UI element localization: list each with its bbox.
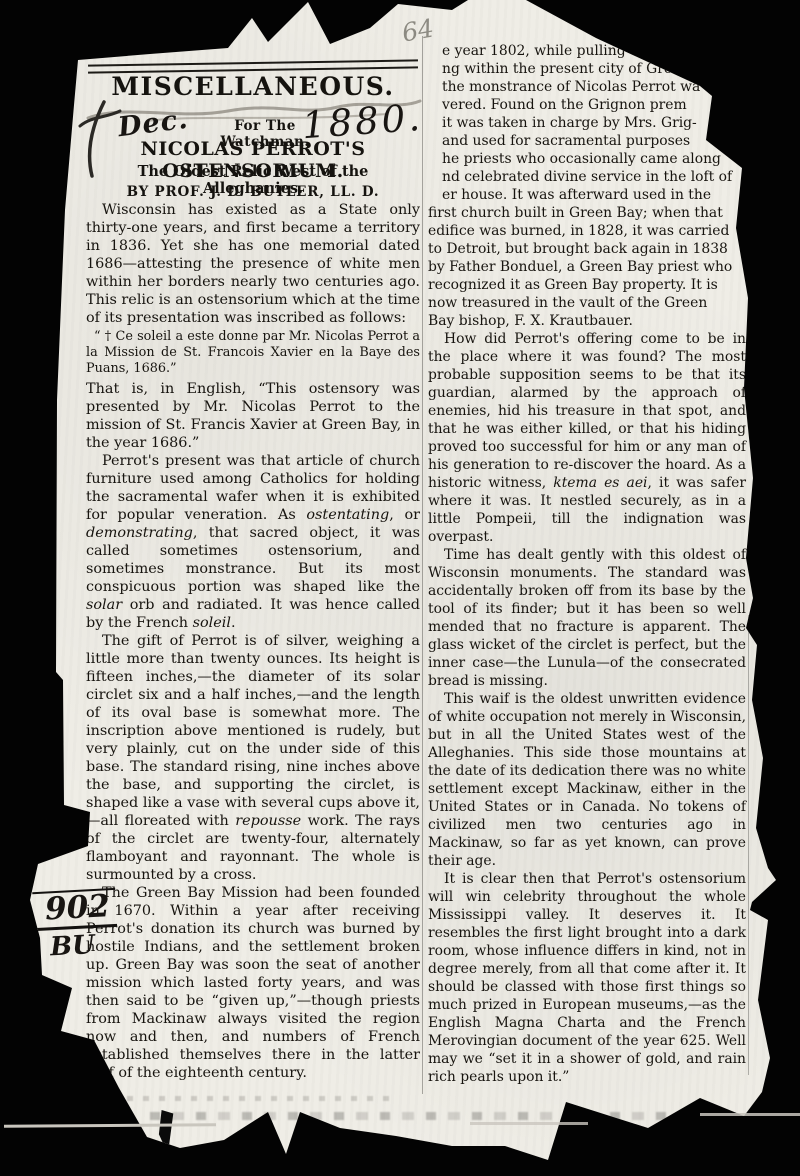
scratch-streak-middle	[470, 1122, 588, 1125]
column-divider-rule	[422, 36, 423, 1094]
paragraph: The Green Bay Mission had been founded i…	[86, 884, 420, 1082]
byline: BY PROF. J. D. BUTLER, LL. D.	[86, 184, 420, 200]
paragraph: The gift of Perrot is of silver, weighin…	[86, 632, 420, 884]
double-rule-top	[88, 59, 418, 66]
call-number-bottom: BU	[34, 926, 118, 962]
faded-ghost-text-line	[150, 1112, 720, 1120]
paragraph: e year 1802, while pulling dow ng within…	[428, 42, 746, 204]
handwritten-call-number: 902 BU	[32, 888, 118, 963]
paragraph: “ † Ce soleil a este donne par Mr. Nicol…	[86, 329, 420, 377]
call-number-top: 902	[32, 888, 117, 931]
photostat-background: MISCELLANEOUS. Dec. For The Watchman. 18…	[0, 0, 800, 1176]
paragraph: This waif is the oldest unwritten eviden…	[428, 690, 746, 870]
faded-ghost-text-line-small	[95, 1096, 395, 1101]
scratch-streak-right	[700, 1113, 800, 1116]
paragraph: Time has dealt gently with this oldest o…	[428, 546, 746, 690]
section-header: MISCELLANEOUS.	[86, 72, 420, 101]
paragraph: first church built in Green Bay; when th…	[428, 204, 746, 330]
paragraph: Perrot's present was that article of chu…	[86, 452, 420, 632]
paragraph: How did Perrot's offering come to be in …	[428, 330, 746, 546]
paragraph: It is clear then that Perrot's ostensori…	[428, 870, 746, 1086]
right-column: e year 1802, while pulling dow ng within…	[428, 42, 746, 1086]
right-edge-column-rule	[748, 615, 749, 1075]
newspaper-clipping: MISCELLANEOUS. Dec. For The Watchman. 18…	[0, 0, 800, 1176]
paragraph: Wisconsin has existed as a State only th…	[86, 201, 420, 327]
left-column: Wisconsin has existed as a State only th…	[86, 201, 420, 1082]
paragraph: That is, in English, “This ostensory was…	[86, 380, 420, 452]
